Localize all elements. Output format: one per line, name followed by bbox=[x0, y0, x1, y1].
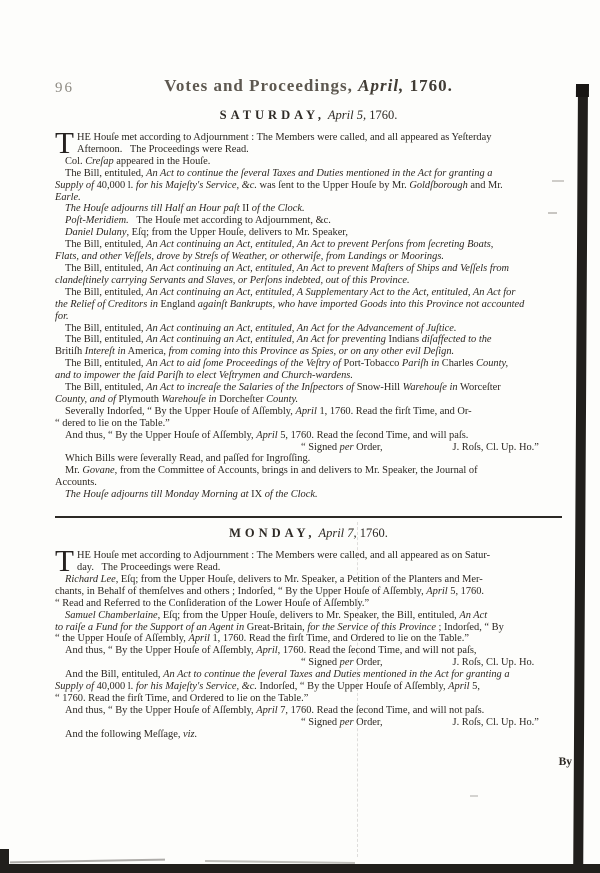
text-run: 5, 1760. Read the ſecond Time, and will … bbox=[278, 430, 469, 441]
text-run: An Act continuing an Act, entituled, An … bbox=[146, 239, 493, 250]
text-run: Richard Lee bbox=[65, 574, 116, 585]
text-run: Col. bbox=[65, 156, 85, 167]
text-run: April bbox=[256, 645, 277, 656]
text-run: diſaffected to the bbox=[422, 334, 492, 345]
section-day: SATURDAY, bbox=[220, 108, 325, 122]
text-run: 5, bbox=[470, 681, 480, 692]
paragraph: The Bill, entituled, An Act to aid ſome … bbox=[55, 358, 562, 382]
text-run: , from the Committee of Accounts, brings… bbox=[115, 465, 478, 476]
text-run: and Mr. bbox=[468, 180, 503, 191]
text-run: County, bbox=[476, 358, 508, 369]
drop-cap: T bbox=[55, 132, 77, 154]
paragraph: Severally Indorſed, “ By the Upper Houſe… bbox=[55, 406, 562, 430]
text-run: An Act to aid ſome Proceedings of the Ve… bbox=[146, 358, 341, 369]
text-run: Supply of bbox=[55, 681, 94, 692]
text-run: againſt Bankrupts, who have imported Goo… bbox=[198, 299, 525, 310]
text-run: 40,000 l. bbox=[94, 180, 136, 191]
text-run: 5, 1760. bbox=[448, 586, 484, 597]
paragraph: The Houſe adjourns till Monday Morning a… bbox=[55, 489, 562, 501]
text-run: Poſt-Meridiem. bbox=[65, 215, 129, 226]
text-run: Warehouſe in bbox=[162, 394, 217, 405]
text-run: “ 1760. Read the firſt Time, and Ordered… bbox=[55, 693, 308, 704]
text-run: Intereſt in bbox=[85, 346, 126, 357]
text-run: An Act to continue the ſeveral Taxes and… bbox=[163, 669, 509, 680]
scan-edge-right-bar bbox=[573, 84, 588, 873]
text-run: An Act continuing an Act, entituled, An … bbox=[146, 334, 386, 345]
scanned-document-page: 96 Votes and Proceedings, April, 1760. S… bbox=[0, 0, 600, 873]
text-run: Goldſborough bbox=[409, 180, 468, 191]
text-run: clandeſtinely carrying Servants and Slav… bbox=[55, 275, 410, 286]
paragraph: Poſt-Meridiem. The Houſe met according t… bbox=[55, 215, 562, 227]
text-run: Snow-Hill bbox=[354, 382, 403, 393]
text-run: IX bbox=[251, 489, 262, 500]
section-date: April 7, bbox=[316, 526, 357, 540]
paragraph: Daniel Dulany, Eſq; from the Upper Houſe… bbox=[55, 227, 562, 239]
day-section: SATURDAY, April 5, 1760.THE Houſe met ac… bbox=[55, 108, 562, 518]
text-run: Severally Indorſed, “ By the Upper Houſe… bbox=[65, 406, 295, 417]
text-run: from coming into this Province as Spies,… bbox=[169, 346, 455, 357]
text-run: And the Bill, entituled, bbox=[65, 669, 163, 680]
text-run: And thus, “ By the Upper Houſe of Aſſemb… bbox=[65, 645, 256, 656]
text-run: for the Service of this Province bbox=[307, 622, 436, 633]
text-run: Govane bbox=[82, 465, 114, 476]
text-run: , 1760. Read the ſecond Time, and will n… bbox=[278, 645, 477, 656]
section-heading: SATURDAY, April 5, 1760. bbox=[55, 108, 562, 123]
text-run: An Act bbox=[459, 610, 487, 621]
text-run: Earle. bbox=[55, 192, 81, 203]
paragraph: Mr. Govane, from the Committee of Accoun… bbox=[55, 465, 562, 489]
text-run: County, and of bbox=[55, 394, 116, 405]
text-run: Creſap bbox=[85, 156, 113, 167]
text-run: “ dered to lie on the Table.” bbox=[55, 418, 170, 429]
text-run: HE Houſe met according to Adjournment : … bbox=[77, 132, 491, 143]
paragraph: THE Houſe met according to Adjournment :… bbox=[55, 132, 562, 156]
text-run: County. bbox=[266, 394, 298, 405]
section-divider-rule bbox=[55, 516, 562, 518]
running-title: Votes and Proceedings, April, 1760. bbox=[55, 76, 562, 96]
text-run: Pariſh in bbox=[402, 358, 439, 369]
text-run: Great-Britain, bbox=[244, 622, 307, 633]
text-run: And thus, “ By the Upper Houſe of Aſſemb… bbox=[65, 430, 256, 441]
paragraph: And thus, “ By the Upper Houſe of Aſſemb… bbox=[55, 645, 562, 669]
scan-corner-mark bbox=[0, 849, 9, 868]
paragraph: The Houſe adjourns till Half an Hour paſ… bbox=[55, 203, 562, 215]
paragraph: The Bill, entituled, An Act continuing a… bbox=[55, 323, 562, 335]
text-run: viz. bbox=[183, 729, 197, 740]
text-run: day. The Proceedings were Read. bbox=[77, 562, 220, 573]
text-run: “ Read and Referred to the Conſideration… bbox=[55, 598, 369, 609]
text-run: J. Roſs, Cl. Up. Ho.” bbox=[453, 442, 539, 453]
paragraph: And thus, “ By the Upper Houſe of Aſſemb… bbox=[55, 430, 562, 454]
running-title-month: April, bbox=[358, 76, 404, 95]
scan-smudge bbox=[10, 859, 165, 864]
text-run: Daniel Dulany bbox=[65, 227, 126, 238]
text-run: Charles bbox=[439, 358, 476, 369]
text-run: , Eſq; from the Upper Houſe, delivers to… bbox=[116, 574, 483, 585]
text-run: The Houſe adjourns till Monday Morning a… bbox=[65, 489, 251, 500]
text-run: Flats, and other Veſſels, drove by Streſ… bbox=[55, 251, 444, 262]
paragraph: Richard Lee, Eſq; from the Upper Houſe, … bbox=[55, 574, 562, 610]
text-run: , Eſq; from the Upper Houſe, delivers to… bbox=[158, 610, 460, 621]
text-run: Which Bills were ſeverally Read, and paſ… bbox=[65, 453, 310, 464]
paragraph: The Bill, entituled, An Act continuing a… bbox=[55, 239, 562, 263]
text-run: England bbox=[158, 299, 198, 310]
text-run: Worceſter bbox=[458, 382, 501, 393]
text-run: HE Houſe met according to Adjournment : … bbox=[77, 550, 490, 561]
page-header: 96 Votes and Proceedings, April, 1760. bbox=[55, 76, 562, 100]
paragraph: Which Bills were ſeverally Read, and paſ… bbox=[55, 453, 562, 465]
paragraph: Samuel Chamberlaine, Eſq; from the Upper… bbox=[55, 610, 562, 646]
paragraph: And the following Meſſage, viz. bbox=[55, 729, 562, 741]
text-run: Warehouſe in bbox=[403, 382, 458, 393]
text-run: Mr. bbox=[65, 465, 82, 476]
text-run: was ſent to the Upper Houſe by Mr. bbox=[257, 180, 409, 191]
text-run: The Bill, entituled, bbox=[65, 239, 146, 250]
paragraph: Col. Creſap appeared in the Houſe. bbox=[55, 156, 562, 168]
section-day: MONDAY, bbox=[229, 526, 315, 540]
text-run: The Bill, entituled, bbox=[65, 323, 146, 334]
text-run: “ Signed bbox=[301, 717, 340, 728]
text-run: April bbox=[189, 633, 210, 644]
text-run: April bbox=[256, 705, 277, 716]
text-run: The Bill, entituled, bbox=[65, 287, 146, 298]
section-date: April 5, bbox=[325, 108, 366, 122]
text-run: J. Roſs, Cl. Up. Ho.” bbox=[453, 717, 539, 728]
text-run: April bbox=[256, 430, 277, 441]
text-run: An Act continuing an Act, entituled, A S… bbox=[146, 287, 515, 298]
text-run: Britiſh bbox=[55, 346, 85, 357]
text-run: April bbox=[448, 681, 469, 692]
scan-speck bbox=[548, 212, 557, 214]
text-run: America, bbox=[126, 346, 169, 357]
text-run: appeared in the Houſe. bbox=[114, 156, 211, 167]
text-run: 1, 1760. Read the firſt Time, and Ordere… bbox=[210, 633, 469, 644]
text-run: per bbox=[340, 657, 354, 668]
text-run: Afternoon. The Proceedings were Read. bbox=[77, 144, 249, 155]
text-run: J. Roſs, Cl. Up. Ho. bbox=[453, 657, 535, 668]
text-run: “ Signed bbox=[301, 657, 340, 668]
text-run: Samuel Chamberlaine bbox=[65, 610, 158, 621]
text-run: of the Clock. bbox=[249, 203, 304, 214]
text-run: An Act continuing an Act, entituled, An … bbox=[146, 323, 456, 334]
scan-edge-bottom-bar bbox=[0, 864, 600, 873]
paragraph: And the Bill, entituled, An Act to conti… bbox=[55, 669, 562, 705]
text-run: to raiſe a Fund for the Support of an Ag… bbox=[55, 622, 244, 633]
text-run: April bbox=[426, 586, 447, 597]
text-run: Indians bbox=[386, 334, 422, 345]
text-run: Order, bbox=[354, 442, 383, 453]
drop-cap: T bbox=[55, 550, 77, 572]
catchword: By bbox=[559, 756, 572, 768]
text-run: 1, 1760. Read the firſt Time, and Or- bbox=[317, 406, 472, 417]
paragraph: And thus, “ By the Upper Houſe of Aſſemb… bbox=[55, 705, 562, 729]
paragraph: THE Houſe met according to Adjournment :… bbox=[55, 550, 562, 574]
scan-speck bbox=[470, 795, 478, 797]
paragraph: The Bill, entituled, An Act continuing a… bbox=[55, 334, 562, 358]
text-run: ; Indorſed, “ By bbox=[436, 622, 504, 633]
text-run: “ the Upper Houſe of Aſſembly, bbox=[55, 633, 189, 644]
text-run: “ Signed bbox=[301, 442, 340, 453]
text-run: The Bill, entituled, bbox=[65, 358, 146, 369]
text-run: chants, in Behalf of themſelves and othe… bbox=[55, 586, 426, 597]
page-number: 96 bbox=[55, 80, 74, 97]
text-run: Dorcheſter bbox=[216, 394, 266, 405]
text-run: The Houſe adjourns till Half an Hour paſ… bbox=[65, 203, 242, 214]
text-run: And thus, “ By the Upper Houſe of Aſſemb… bbox=[65, 705, 256, 716]
text-run: , Eſq; from the Upper Houſe, delivers to… bbox=[126, 227, 348, 238]
text-run: Supply of bbox=[55, 180, 94, 191]
text-run: 7, 1760. Read the ſecond Time, and will … bbox=[278, 705, 485, 716]
text-run: Port-Tobacco bbox=[341, 358, 402, 369]
paragraph: The Bill, entituled, An Act to continue … bbox=[55, 168, 562, 204]
section-year: 1760. bbox=[357, 526, 388, 540]
text-run: The Bill, entituled, bbox=[65, 334, 146, 345]
section-heading: MONDAY, April 7, 1760. bbox=[55, 526, 562, 541]
sections: SATURDAY, April 5, 1760.THE Houſe met ac… bbox=[55, 108, 562, 741]
text-run: Accounts. bbox=[55, 477, 97, 488]
text-run: for. bbox=[55, 311, 69, 322]
text-run: An Act to continue the ſeveral Taxes and… bbox=[146, 168, 492, 179]
paragraph: The Bill, entituled, An Act continuing a… bbox=[55, 263, 562, 287]
text-run: An Act to increaſe the Salaries of the I… bbox=[146, 382, 354, 393]
text-run: Indorſed, “ By the Upper Houſe of Aſſemb… bbox=[257, 681, 448, 692]
text-run: the Relief of Creditors in bbox=[55, 299, 158, 310]
text-run: The Bill, entituled, bbox=[65, 382, 146, 393]
text-run: for his Majeſty's Service, &c. bbox=[136, 681, 257, 692]
text-run: The Bill, entituled, bbox=[65, 168, 146, 179]
page-fold-line bbox=[357, 522, 358, 857]
scan-speck bbox=[552, 180, 564, 182]
section-year: 1760. bbox=[366, 108, 397, 122]
text-run: April bbox=[295, 406, 316, 417]
text-run: The Bill, entituled, bbox=[65, 263, 146, 274]
text-run: The Houſe met according to Adjournment, … bbox=[129, 215, 331, 226]
text-run: 40,000 l. bbox=[94, 681, 136, 692]
text-run: for his Majeſty's Service, &c. bbox=[136, 180, 257, 191]
text-run: An Act continuing an Act, entituled, An … bbox=[146, 263, 509, 274]
text-run: And the following Meſſage, bbox=[65, 729, 183, 740]
day-section: MONDAY, April 7, 1760.THE Houſe met acco… bbox=[55, 526, 562, 741]
text-run: per bbox=[340, 717, 354, 728]
paragraph: The Bill, entituled, An Act to increaſe … bbox=[55, 382, 562, 406]
paragraph: The Bill, entituled, An Act continuing a… bbox=[55, 287, 562, 323]
text-run: and to impower the ſaid Pariſh to elect … bbox=[55, 370, 353, 381]
text-run: of the Clock. bbox=[262, 489, 317, 500]
text-run: Plymouth bbox=[116, 394, 162, 405]
text-run: per bbox=[340, 442, 354, 453]
page-content: 96 Votes and Proceedings, April, 1760. S… bbox=[55, 76, 562, 741]
